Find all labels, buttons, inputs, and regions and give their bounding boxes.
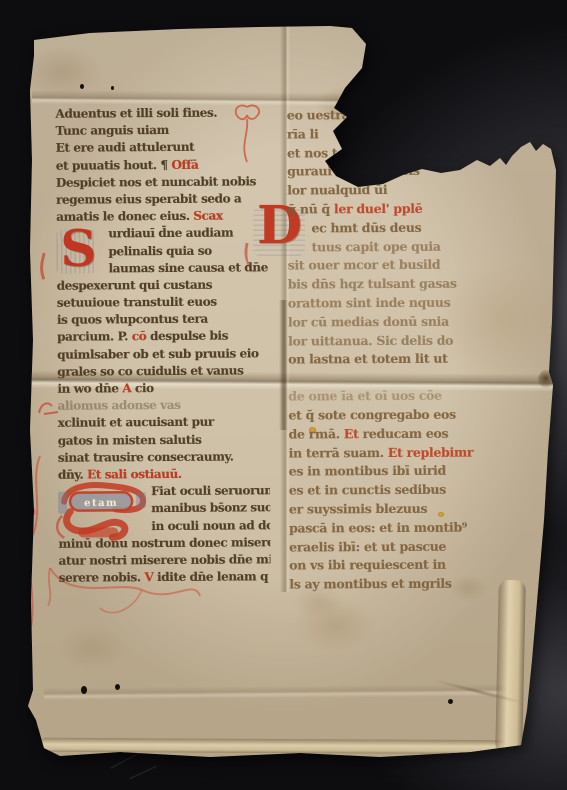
line-text-ink: Tunc anguis uiam (55, 123, 168, 138)
text-line: pelinalis quia so (108, 242, 268, 260)
text-line: despexerunt qui custans (57, 276, 269, 295)
text-line: et puuatis hout. ¶ Offā (56, 156, 268, 175)
edge-knot-blemish (538, 370, 555, 389)
line-text-ink: eraelis ibī: et ut pascue (289, 538, 446, 554)
rolled-right-edge (495, 580, 526, 755)
text-line: lor nualquid ūi (287, 181, 483, 201)
line-text-ink: pelinalis quia so (108, 243, 211, 258)
line-text-ink: orattom sint inde nquus (288, 295, 451, 311)
text-line: tuus capit ope quia (311, 237, 483, 257)
line-text-ink: in wo dn̄e (57, 381, 122, 395)
text-line: pascā in eos: et in montib⁹ (289, 518, 485, 538)
line-text-ink: ec hmt dūs deus (311, 220, 421, 236)
text-line: rīa li (287, 124, 483, 144)
line-text-ink: xclinuit et aucuisant pur (57, 415, 213, 430)
line-text-ink: despexerunt qui custans (57, 278, 212, 293)
line-text-ink: sit ouer mcor et busild (288, 257, 441, 273)
line-text-ink: eo uestra ne (287, 107, 370, 122)
text-line: on vs ibi requiescent in (289, 556, 485, 576)
text-line: sit ouer mcor et busild (288, 256, 484, 276)
initial-d-spacer (287, 219, 311, 255)
text-line: ec hmt dūs deus (311, 218, 483, 238)
line-text-ink: es in montibus ibī uirid (289, 463, 446, 479)
text-line: manibus bs̄onz suoz (151, 500, 270, 518)
vertical-fold-crease-dark (279, 300, 288, 430)
line-text-ink: pascā in eos: et in montib⁹ (289, 519, 467, 535)
bottom-fold-edge (40, 738, 520, 755)
line-text-rubric: Offā (171, 157, 198, 171)
line-text-ink: q̄ nū q̄ (287, 201, 334, 216)
line-text-ink: tuus capit ope quia (311, 238, 440, 254)
text-column-left: Aduentus et illi soli fines. Tunc anguis… (55, 104, 270, 587)
line-text-ink: rīa li (287, 126, 319, 141)
text-line: grales so co cuidulis et vanus (57, 362, 269, 381)
line-text-ink: Despiciet nos et nuncabit nobis (56, 174, 256, 189)
parchment-leaf-wrapper: D Aduentus et illi soli fines. Tunc angu… (0, 0, 567, 790)
line-text-ink: regemus eius sperabit sedo a (56, 191, 241, 206)
text-line: on lastna et totem lit ut (288, 350, 484, 370)
worm-hole (111, 86, 114, 90)
line-text-ink: aliomus adonse vas (57, 398, 180, 413)
text-line: bis dn̄s hqz tulsant gasas (288, 275, 484, 295)
text-line: Aduentus et illi soli fines. (55, 104, 267, 123)
text-line: er suyssimis blezuus (289, 499, 485, 519)
line-text-ink: reducam eos (362, 425, 448, 440)
line-text-rubric: ler duel' pplē (334, 201, 422, 216)
cadel-initial: etam (58, 483, 146, 534)
worm-hole (81, 686, 87, 694)
line-text-ink: et puuatis hout. ¶ (56, 158, 172, 173)
line-text-rubric: A (122, 381, 135, 395)
line-text-ink: in terrā suam. (288, 445, 387, 461)
line-text-ink: setuuioue transtulit euos (57, 295, 217, 310)
worm-hole (115, 684, 120, 690)
line-text-ink: guraui de pos uobis (287, 163, 420, 179)
text-line: regemus eius sperabit sedo a (56, 190, 268, 209)
parchment-leaf: D Aduentus et illi soli fines. Tunc angu… (0, 0, 567, 790)
text-line: Fiat oculi seruorum ī (151, 482, 270, 500)
text-line: et nos ter uitā (287, 143, 483, 163)
line-text-ink: is quos wlupcontus tera (57, 312, 208, 327)
line-text-ink: Aduentus et illi soli fines. (55, 106, 217, 121)
text-line: sinat trausire consecraumy. (58, 448, 270, 467)
text-column-right: eo uestra ne rīa li et nos ter uitā gura… (287, 105, 486, 594)
line-text-ink: sinat trausire consecraumy. (58, 449, 234, 464)
initial-s-glyph: S (60, 223, 96, 275)
text-line: lor cū medias donū snia (288, 312, 484, 332)
text-line: orattom sint inde nquus (288, 293, 484, 313)
line-text-ink: serere nobis. (59, 570, 145, 585)
text-line: setuuioue transtulit euos (57, 293, 269, 312)
text-line: gatos in misten salutis (58, 431, 270, 450)
text-line: Et ere audi attulerunt (56, 139, 268, 158)
line-text-ink: gatos in misten salutis (58, 432, 202, 447)
text-line: aliomus adonse vas (57, 396, 269, 415)
text-line: laumas sine causa et dn̄e (108, 259, 268, 277)
line-text-rubric: Scax (193, 209, 222, 223)
manuscript-photo: D Aduentus et illi soli fines. Tunc angu… (0, 0, 567, 790)
line-text-ink: lor cū medias donū snia (288, 313, 449, 329)
line-text-ink: er suyssimis blezuus (289, 501, 427, 517)
text-line: quimlsaber ob et sub pruuis eio (57, 345, 269, 364)
line-text-ink: on lastna et totem lit ut (288, 351, 448, 367)
text-line: xclinuit et aucuisant pur (57, 414, 269, 433)
text-line: in terrā suam. Et replebimr (288, 443, 484, 463)
line-text-ink: grales so co cuidulis et vanus (57, 363, 243, 378)
text-line: in oculi noun ad do (151, 517, 270, 535)
text-line: Tunc anguis uiam (55, 121, 267, 140)
line-text-ink: parcium. P. (57, 330, 132, 345)
text-line: ls ay montibus et mgrils (289, 575, 485, 595)
worm-hole (80, 84, 84, 89)
line-text-ink: Et ere audi attulerunt (56, 140, 195, 155)
line-text-ink: laumas sine causa et dn̄e (108, 260, 267, 275)
cadel-banner-text: etam (84, 498, 118, 509)
line-text-ink: atur nostri miserere nobis dn̄e mi (58, 552, 270, 567)
text-line: parcium. P. cō despulse bis (57, 328, 269, 347)
line-text-ink: cio (135, 381, 154, 395)
line-text-ink: manibus bs̄onz suoz (151, 501, 270, 516)
text-line: et q̄ sote congregabo eos (288, 405, 484, 425)
line-text-ink: ls ay montibus et mgrils (289, 576, 451, 592)
line-text-ink: et nos ter uitā (287, 145, 382, 160)
text-line: es in montibus ibī uirid (289, 462, 485, 482)
text-line: de rmā. Et reducam eos (288, 424, 484, 444)
line-text-ink: despulse bis (150, 329, 228, 344)
text-line: de ome īa et oī uos cōe (288, 387, 484, 407)
line-text-ink: lor uittanua. Sic delis do (288, 332, 453, 348)
text-line: atur nostri miserere nobis dn̄e mi (58, 551, 270, 570)
line-text-ink: quimlsaber ob et sub pruuis eio (57, 346, 259, 361)
line-text-ink: Fiat oculi seruorum ī (151, 483, 270, 498)
text-line: es et in cunctis sedibus (289, 481, 485, 501)
text-line: Despiciet nos et nuncabit nobis (56, 173, 268, 192)
text-line: eraelis ibī: et ut pascue (289, 537, 485, 557)
text-line: urdiauī d̄ne audiam (108, 225, 268, 243)
line-text-ink: es et in cunctis sedibus (289, 482, 446, 498)
line-text-rubric: cō (132, 330, 150, 344)
line-text-rubric: Et (344, 426, 363, 441)
text-line: guraui de pos uobis (287, 162, 483, 182)
line-text-ink: lor nualquid ūi (287, 182, 387, 198)
line-text-ink: on vs ibi requiescent in (289, 557, 446, 573)
line-text-rubric: Et replebimr (388, 444, 473, 459)
line-text-ink: bis dn̄s hqz tulsant gasas (288, 276, 457, 292)
text-line: serere nobis. V idite dn̄e lenam q (59, 568, 271, 587)
text-line: is quos wlupcontus tera (57, 311, 269, 330)
line-text-ink: idite dn̄e lenam q (157, 569, 268, 584)
line-text-ink: de rmā. (288, 426, 343, 441)
text-line: q̄ nū q̄ ler duel' pplē (287, 199, 483, 219)
decorated-initial-s: S (56, 227, 102, 277)
text-line: eo uestra ne (287, 105, 483, 125)
line-text-ink: urdiauī d̄ne audiam (108, 226, 233, 241)
line-text-ink: et q̄ sote congregabo eos (288, 407, 455, 423)
text-line: lor uittanua. Sic delis do (288, 331, 484, 351)
worm-hole (448, 699, 453, 704)
text-line: in wo dn̄e A cio (57, 379, 269, 398)
line-text-ink: de ome īa et oī uos cōe (288, 388, 442, 404)
line-text-ink: in oculi noun ad do (151, 518, 270, 533)
line-text-rubric: V (144, 570, 157, 584)
